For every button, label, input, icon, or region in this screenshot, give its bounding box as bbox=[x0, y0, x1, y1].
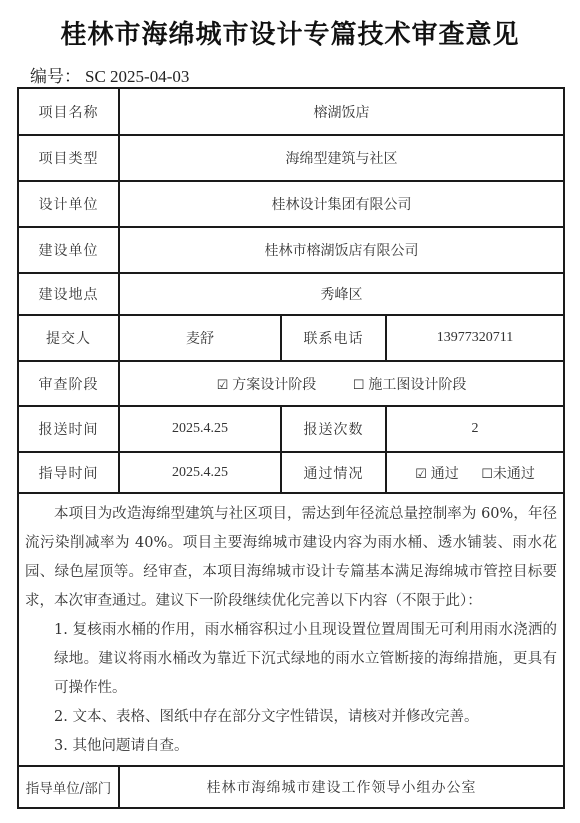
opinion-item-3: 3. 其他问题请自查。 bbox=[25, 732, 557, 761]
phone-value: 13977320711 bbox=[386, 315, 564, 361]
row-guidance-unit: 指导单位/部门 桂林市海绵城市建设工作领导小组办公室 bbox=[18, 766, 564, 808]
pass-option-failed[interactable]: ☐未通过 bbox=[481, 466, 535, 482]
document-title: 桂林市海绵城市设计专篇技术审查意见 bbox=[0, 14, 580, 51]
submitter-value: 麦舒 bbox=[119, 315, 281, 361]
construction-site-label: 建设地点 bbox=[18, 273, 119, 315]
review-stage-label: 审查阶段 bbox=[18, 361, 119, 406]
construction-unit-label: 建设单位 bbox=[18, 227, 119, 273]
pass-option-passed-label: 通过 bbox=[431, 466, 459, 482]
stage-option-scheme-label: 方案设计阶段 bbox=[232, 377, 316, 393]
pass-option-passed[interactable]: ☑通过 bbox=[415, 466, 463, 482]
stage-option-scheme[interactable]: ☑方案设计阶段 bbox=[217, 374, 317, 394]
row-construction-unit: 建设单位 桂林市榕湖饭店有限公司 bbox=[18, 227, 564, 273]
row-project-name: 项目名称 榕湖饭店 bbox=[18, 88, 564, 135]
project-type-value: 海绵型建筑与社区 bbox=[119, 135, 564, 181]
pass-status-options: ☑通过 ☐未通过 bbox=[386, 452, 564, 493]
pass-option-failed-label: 未通过 bbox=[493, 466, 535, 482]
review-form-table: 项目名称 榕湖饭店 项目类型 海绵型建筑与社区 设计单位 桂林设计集团有限公司 … bbox=[17, 87, 565, 809]
row-project-type: 项目类型 海绵型建筑与社区 bbox=[18, 135, 564, 181]
serial-label: 编号： bbox=[30, 67, 81, 86]
construction-unit-value: 桂林市榕湖饭店有限公司 bbox=[119, 227, 564, 273]
submit-count-label: 报送次数 bbox=[281, 406, 386, 452]
checkbox-checked-icon[interactable]: ☑ bbox=[415, 467, 427, 482]
opinion-item-1: 1. 复核雨水桶的作用，雨水桶容积过小且现设置位置周围无可利用雨水浇洒的绿地。建… bbox=[25, 616, 557, 703]
construction-site-value: 秀峰区 bbox=[119, 273, 564, 315]
stage-option-construction-drawing[interactable]: ☐施工图设计阶段 bbox=[353, 374, 467, 394]
row-construction-site: 建设地点 秀峰区 bbox=[18, 273, 564, 315]
checkbox-unchecked-icon[interactable]: ☐ bbox=[481, 467, 493, 482]
phone-label: 联系电话 bbox=[281, 315, 386, 361]
review-stage-options: ☑方案设计阶段 ☐施工图设计阶段 bbox=[119, 361, 564, 406]
serial-number: 编号：SC 2025-04-03 bbox=[30, 62, 189, 87]
opinion-item-2: 2. 文本、表格、图纸中存在部分文字性错误，请核对并修改完善。 bbox=[25, 703, 557, 732]
submit-count-value: 2 bbox=[386, 406, 564, 452]
review-opinion-cell: 本项目为改造海绵型建筑与社区项目，需达到年径流总量控制率为 60%，年径流污染削… bbox=[18, 493, 564, 766]
submit-time-label: 报送时间 bbox=[18, 406, 119, 452]
submit-time-value: 2025.4.25 bbox=[119, 406, 281, 452]
row-design-unit: 设计单位 桂林设计集团有限公司 bbox=[18, 181, 564, 227]
row-review-stage: 审查阶段 ☑方案设计阶段 ☐施工图设计阶段 bbox=[18, 361, 564, 406]
opinion-paragraph: 本项目为改造海绵型建筑与社区项目，需达到年径流总量控制率为 60%，年径流污染削… bbox=[25, 500, 557, 616]
guidance-unit-label: 指导单位/部门 bbox=[18, 766, 119, 808]
submitter-label: 提交人 bbox=[18, 315, 119, 361]
checkbox-checked-icon[interactable]: ☑ bbox=[217, 378, 229, 393]
project-type-label: 项目类型 bbox=[18, 135, 119, 181]
design-unit-label: 设计单位 bbox=[18, 181, 119, 227]
design-unit-value: 桂林设计集团有限公司 bbox=[119, 181, 564, 227]
stage-option-construction-drawing-label: 施工图设计阶段 bbox=[368, 377, 466, 393]
row-guidance-time: 指导时间 2025.4.25 通过情况 ☑通过 ☐未通过 bbox=[18, 452, 564, 493]
row-submit-time: 报送时间 2025.4.25 报送次数 2 bbox=[18, 406, 564, 452]
pass-status-label: 通过情况 bbox=[281, 452, 386, 493]
project-name-label: 项目名称 bbox=[18, 88, 119, 135]
project-name-value: 榕湖饭店 bbox=[119, 88, 564, 135]
checkbox-unchecked-icon[interactable]: ☐ bbox=[353, 378, 365, 393]
guidance-time-value: 2025.4.25 bbox=[119, 452, 281, 493]
serial-value: SC 2025-04-03 bbox=[85, 67, 189, 86]
row-review-opinion: 本项目为改造海绵型建筑与社区项目，需达到年径流总量控制率为 60%，年径流污染削… bbox=[18, 493, 564, 766]
row-submitter: 提交人 麦舒 联系电话 13977320711 bbox=[18, 315, 564, 361]
guidance-time-label: 指导时间 bbox=[18, 452, 119, 493]
guidance-unit-value: 桂林市海绵城市建设工作领导小组办公室 bbox=[119, 766, 564, 808]
